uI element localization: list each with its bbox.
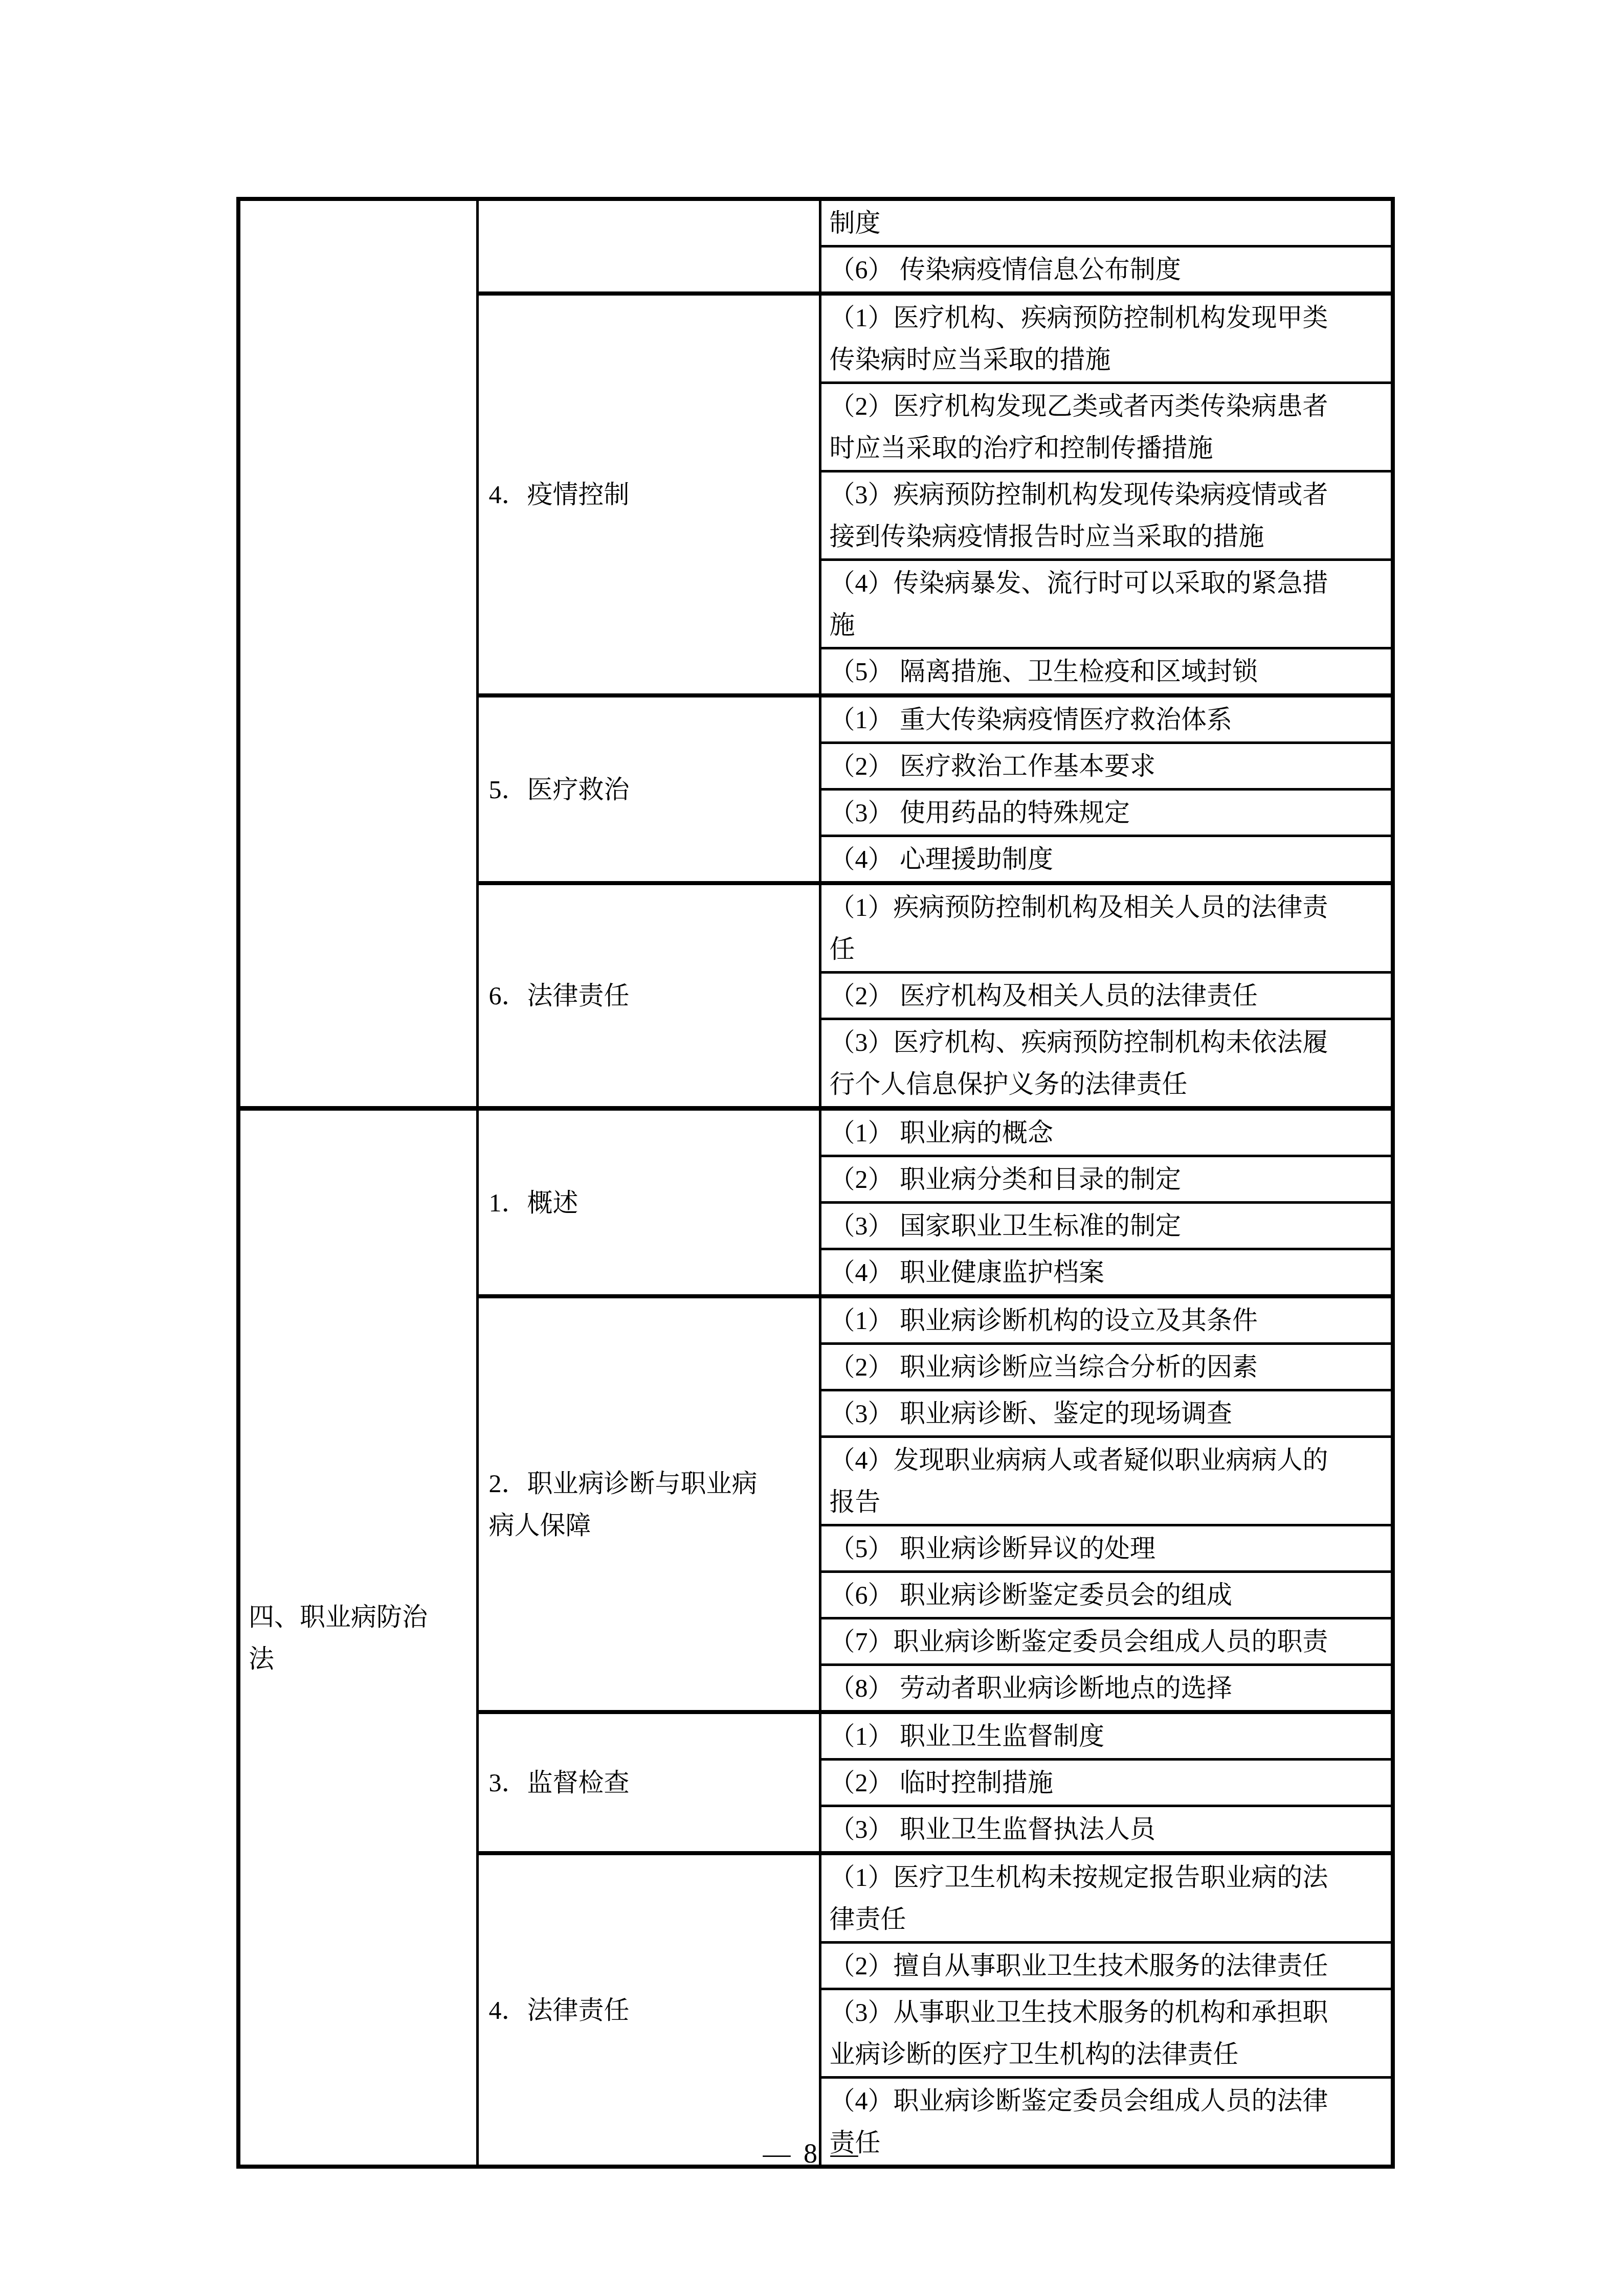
item-cell: （6） 传染病疫情信息公布制度 [820, 246, 1393, 294]
table-row: 制度 [238, 199, 1393, 246]
syllabus-table: 制度 （6） 传染病疫情信息公布制度 4．疫情控制 （1）医疗机构、疾病预防控制… [236, 197, 1395, 2169]
section-cell [477, 199, 820, 294]
item-cell: （3） 使用药品的特殊规定 [820, 790, 1393, 836]
section-cell: 3．监督检查 [477, 1712, 820, 1853]
item-cell: （4） 心理援助制度 [820, 836, 1393, 884]
document-page: 制度 （6） 传染病疫情信息公布制度 4．疫情控制 （1）医疗机构、疾病预防控制… [0, 0, 1624, 2296]
chapter-cell: 四、职业病防治 法 [238, 1109, 477, 2167]
section-cell: 6．法律责任 [477, 883, 820, 1109]
item-cell: （4）传染病暴发、流行时可以采取的紧急措 施 [820, 560, 1393, 648]
item-cell: （1） 职业病诊断机构的设立及其条件 [820, 1296, 1393, 1344]
item-cell: （3）医疗机构、疾病预防控制机构未依法履 行个人信息保护义务的法律责任 [820, 1019, 1393, 1109]
item-cell: （2）医疗机构发现乙类或者丙类传染病患者 时应当采取的治疗和控制传播措施 [820, 383, 1393, 471]
chapter-group-continuation: 制度 （6） 传染病疫情信息公布制度 4．疫情控制 （1）医疗机构、疾病预防控制… [238, 199, 1393, 1109]
item-cell: （2） 医疗机构及相关人员的法律责任 [820, 973, 1393, 1019]
section-cell: 4．法律责任 [477, 1853, 820, 2167]
item-cell: 制度 [820, 199, 1393, 246]
item-cell: （4）发现职业病病人或者疑似职业病病人的 报告 [820, 1437, 1393, 1525]
item-cell: （2） 职业病诊断应当综合分析的因素 [820, 1344, 1393, 1390]
item-cell: （3） 国家职业卫生标准的制定 [820, 1203, 1393, 1249]
item-cell: （2） 临时控制措施 [820, 1760, 1393, 1806]
item-cell: （1） 职业卫生监督制度 [820, 1712, 1393, 1760]
section-cell: 5．医疗救治 [477, 695, 820, 883]
item-cell: （5） 隔离措施、卫生检疫和区域封锁 [820, 648, 1393, 696]
item-cell: （3） 职业病诊断、鉴定的现场调查 [820, 1390, 1393, 1437]
item-cell: （1）医疗机构、疾病预防控制机构发现甲类 传染病时应当采取的措施 [820, 294, 1393, 383]
item-cell: （2） 医疗救治工作基本要求 [820, 743, 1393, 790]
item-cell: （4） 职业健康监护档案 [820, 1249, 1393, 1297]
item-cell: （1） 重大传染病疫情医疗救治体系 [820, 695, 1393, 743]
table-row: 四、职业病防治 法 1．概述 （1） 职业病的概念 [238, 1109, 1393, 1156]
item-cell: （1）医疗卫生机构未按规定报告职业病的法 律责任 [820, 1853, 1393, 1943]
item-cell: （6） 职业病诊断鉴定委员会的组成 [820, 1572, 1393, 1618]
page-number: — 8 — [0, 2137, 1624, 2169]
section-cell: 4．疫情控制 [477, 294, 820, 695]
section-cell: 2．职业病诊断与职业病 病人保障 [477, 1296, 820, 1712]
chapter-group-occupational-disease-law: 四、职业病防治 法 1．概述 （1） 职业病的概念 （2） 职业病分类和目录的制… [238, 1109, 1393, 2167]
section-cell: 1．概述 [477, 1109, 820, 1297]
item-cell: （3）疾病预防控制机构发现传染病疫情或者 接到传染病疫情报告时应当采取的措施 [820, 471, 1393, 560]
item-cell: （1） 职业病的概念 [820, 1109, 1393, 1156]
item-cell: （2）擅自从事职业卫生技术服务的法律责任 [820, 1943, 1393, 1989]
item-cell: （3）从事职业卫生技术服务的机构和承担职 业病诊断的医疗卫生机构的法律责任 [820, 1989, 1393, 2078]
item-cell: （7）职业病诊断鉴定委员会组成人员的职责 [820, 1618, 1393, 1665]
item-cell: （2） 职业病分类和目录的制定 [820, 1156, 1393, 1203]
chapter-cell [238, 199, 477, 1109]
item-cell: （5） 职业病诊断异议的处理 [820, 1525, 1393, 1572]
item-cell: （1）疾病预防控制机构及相关人员的法律责 任 [820, 883, 1393, 973]
item-cell: （3） 职业卫生监督执法人员 [820, 1806, 1393, 1854]
item-cell: （8） 劳动者职业病诊断地点的选择 [820, 1665, 1393, 1713]
